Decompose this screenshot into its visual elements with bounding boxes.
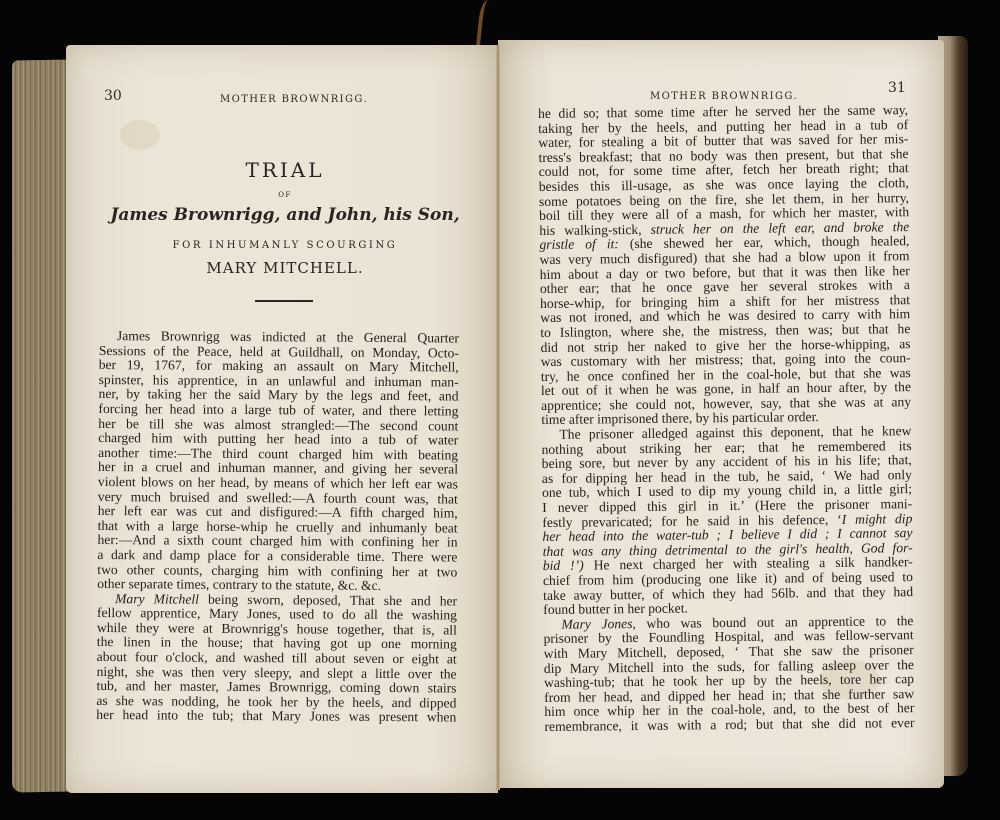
italic-name: Mary Mitchell (115, 591, 199, 607)
paper-stain (120, 120, 160, 150)
running-head-right: MOTHER BROWNRIGG. (650, 91, 798, 102)
running-head-left: MOTHER BROWNRIGG. (220, 94, 368, 105)
page-number-left: 30 (104, 88, 122, 104)
page-number-right: 31 (888, 80, 906, 96)
italic-quote: bid !’) (543, 558, 584, 573)
right-page-body: he did so; that some time after he serve… (538, 103, 915, 734)
book-gutter (496, 45, 500, 790)
title-subtitle: FOR INHUMANLY SCOURGING (100, 240, 470, 251)
title-names: James Brownrigg, and John, his Son, (100, 205, 470, 225)
italic-quote: I might dip (842, 511, 913, 527)
italic-quote: gristle of it: (539, 237, 619, 253)
italic-name: Mary Jones, (561, 616, 636, 632)
open-book: 30 MOTHER BROWNRIGG. TRIAL OF James Brow… (0, 0, 1000, 820)
title-victim: MARY MITCHELL. (100, 259, 470, 277)
left-page-body: James Brownrigg was indicted at the Gene… (96, 329, 459, 726)
title-rule (255, 300, 313, 302)
title-of: OF (100, 191, 470, 199)
title-heading: TRIAL (100, 158, 470, 182)
page-edges-left (12, 59, 72, 792)
text-line: her head into the tub; that Mary Jones w… (96, 708, 456, 725)
